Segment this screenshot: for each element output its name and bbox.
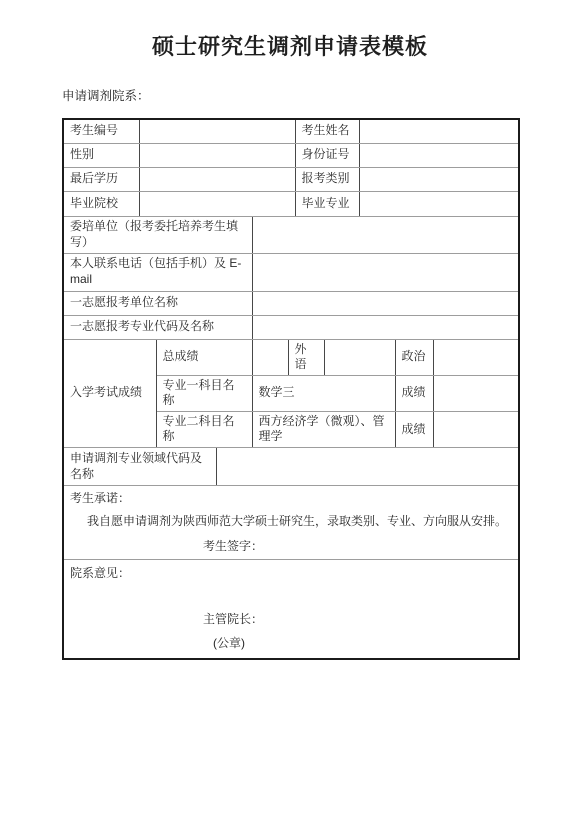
table-row-candidate-id-name: 考生编号 考生姓名: [63, 119, 519, 143]
candidate-id-field[interactable]: [139, 119, 295, 143]
promise-heading: 考生承诺：: [70, 491, 512, 507]
table-row-entrusted-unit: 委培单位（报考委托培养考生填写）: [63, 216, 519, 253]
transfer-department-label: 申请调剂院系：: [62, 86, 150, 104]
table-row-transfer-major: 申请调剂专业领域代码及名称: [63, 448, 519, 486]
table-row-candidate-promise: 考生承诺： 我自愿申请调剂为陕西师范大学硕士研究生，录取类别、专业、方向服从安排…: [63, 486, 519, 560]
total-score-label: 总成绩: [156, 339, 252, 375]
dean-signature-label: 主管院长：: [203, 612, 512, 628]
graduate-major-label: 毕业专业: [295, 191, 359, 216]
subject2-name-value[interactable]: 西方经济学（微观）、管理学: [252, 411, 395, 447]
subject1-score-label: 成绩: [395, 375, 433, 411]
first-choice-unit-label: 一志愿报考单位名称: [63, 291, 252, 315]
table-row-first-choice-major: 一志愿报考专业代码及名称: [63, 315, 519, 339]
official-seal-label: (公章): [213, 636, 512, 652]
table-row-first-choice-unit: 一志愿报考单位名称: [63, 291, 519, 315]
transfer-major-code-label: 申请调剂专业领域代码及名称: [63, 448, 216, 486]
id-number-field[interactable]: [359, 143, 519, 167]
application-form-table: 考生编号 考生姓名 性别 身份证号 最后学历 报考类别 毕业院校 毕业专: [62, 118, 520, 660]
subject2-score-label: 成绩: [395, 411, 433, 447]
table-row-education-category: 最后学历 报考类别: [63, 167, 519, 191]
candidate-signature-label: 考生签字：: [203, 539, 512, 555]
candidate-promise-cell: 考生承诺： 我自愿申请调剂为陕西师范大学硕士研究生，录取类别、专业、方向服从安排…: [63, 486, 519, 560]
subject1-name-label: 专业一科目名称: [156, 375, 252, 411]
graduate-school-label: 毕业院校: [63, 191, 139, 216]
total-score-field[interactable]: [252, 339, 288, 375]
graduate-major-field[interactable]: [359, 191, 519, 216]
contact-phone-email-field[interactable]: [252, 253, 519, 291]
table-row-school-major: 毕业院校 毕业专业: [63, 191, 519, 216]
promise-statement: 我自愿申请调剂为陕西师范大学硕士研究生，录取类别、专业、方向服从安排。: [70, 514, 512, 530]
candidate-name-label: 考生姓名: [295, 119, 359, 143]
transfer-major-code-field[interactable]: [216, 448, 519, 486]
entrusted-unit-field[interactable]: [252, 216, 519, 253]
document-page: 硕士研究生调剂申请表模板 申请调剂院系： 考生编号 考生姓名 性别 身份证号 最…: [0, 0, 580, 820]
department-opinion-cell[interactable]: 院系意见： 主管院长： (公章): [63, 560, 519, 659]
contact-phone-email-label: 本人联系电话（包括手机）及 E-mail: [63, 253, 252, 291]
first-choice-major-field[interactable]: [252, 315, 519, 339]
table-row-exam-total: 入学考试成绩 总成绩 外语 政治: [63, 339, 519, 375]
entrusted-unit-label: 委培单位（报考委托培养考生填写）: [63, 216, 252, 253]
id-number-label: 身份证号: [295, 143, 359, 167]
subject2-name-label: 专业二科目名称: [156, 411, 252, 447]
last-education-field[interactable]: [139, 167, 295, 191]
page-title: 硕士研究生调剂申请表模板: [0, 30, 580, 61]
gender-field[interactable]: [139, 143, 295, 167]
exam-category-label: 报考类别: [295, 167, 359, 191]
foreign-language-label: 外语: [288, 339, 324, 375]
candidate-name-field[interactable]: [359, 119, 519, 143]
first-choice-unit-field[interactable]: [252, 291, 519, 315]
politics-score-field[interactable]: [433, 339, 519, 375]
table-row-gender-idnumber: 性别 身份证号: [63, 143, 519, 167]
table-row-department-opinion: 院系意见： 主管院长： (公章): [63, 560, 519, 659]
first-choice-major-label: 一志愿报考专业代码及名称: [63, 315, 252, 339]
subject1-name-value[interactable]: 数学三: [252, 375, 395, 411]
candidate-id-label: 考生编号: [63, 119, 139, 143]
last-education-label: 最后学历: [63, 167, 139, 191]
politics-label: 政治: [395, 339, 433, 375]
subject1-score-field[interactable]: [433, 375, 519, 411]
entrance-exam-score-label: 入学考试成绩: [63, 339, 156, 448]
graduate-school-field[interactable]: [139, 191, 295, 216]
gender-label: 性别: [63, 143, 139, 167]
opinion-heading: 院系意见：: [70, 566, 512, 582]
foreign-language-score-field[interactable]: [324, 339, 395, 375]
table-row-contact: 本人联系电话（包括手机）及 E-mail: [63, 253, 519, 291]
exam-category-field[interactable]: [359, 167, 519, 191]
subject2-score-field[interactable]: [433, 411, 519, 447]
